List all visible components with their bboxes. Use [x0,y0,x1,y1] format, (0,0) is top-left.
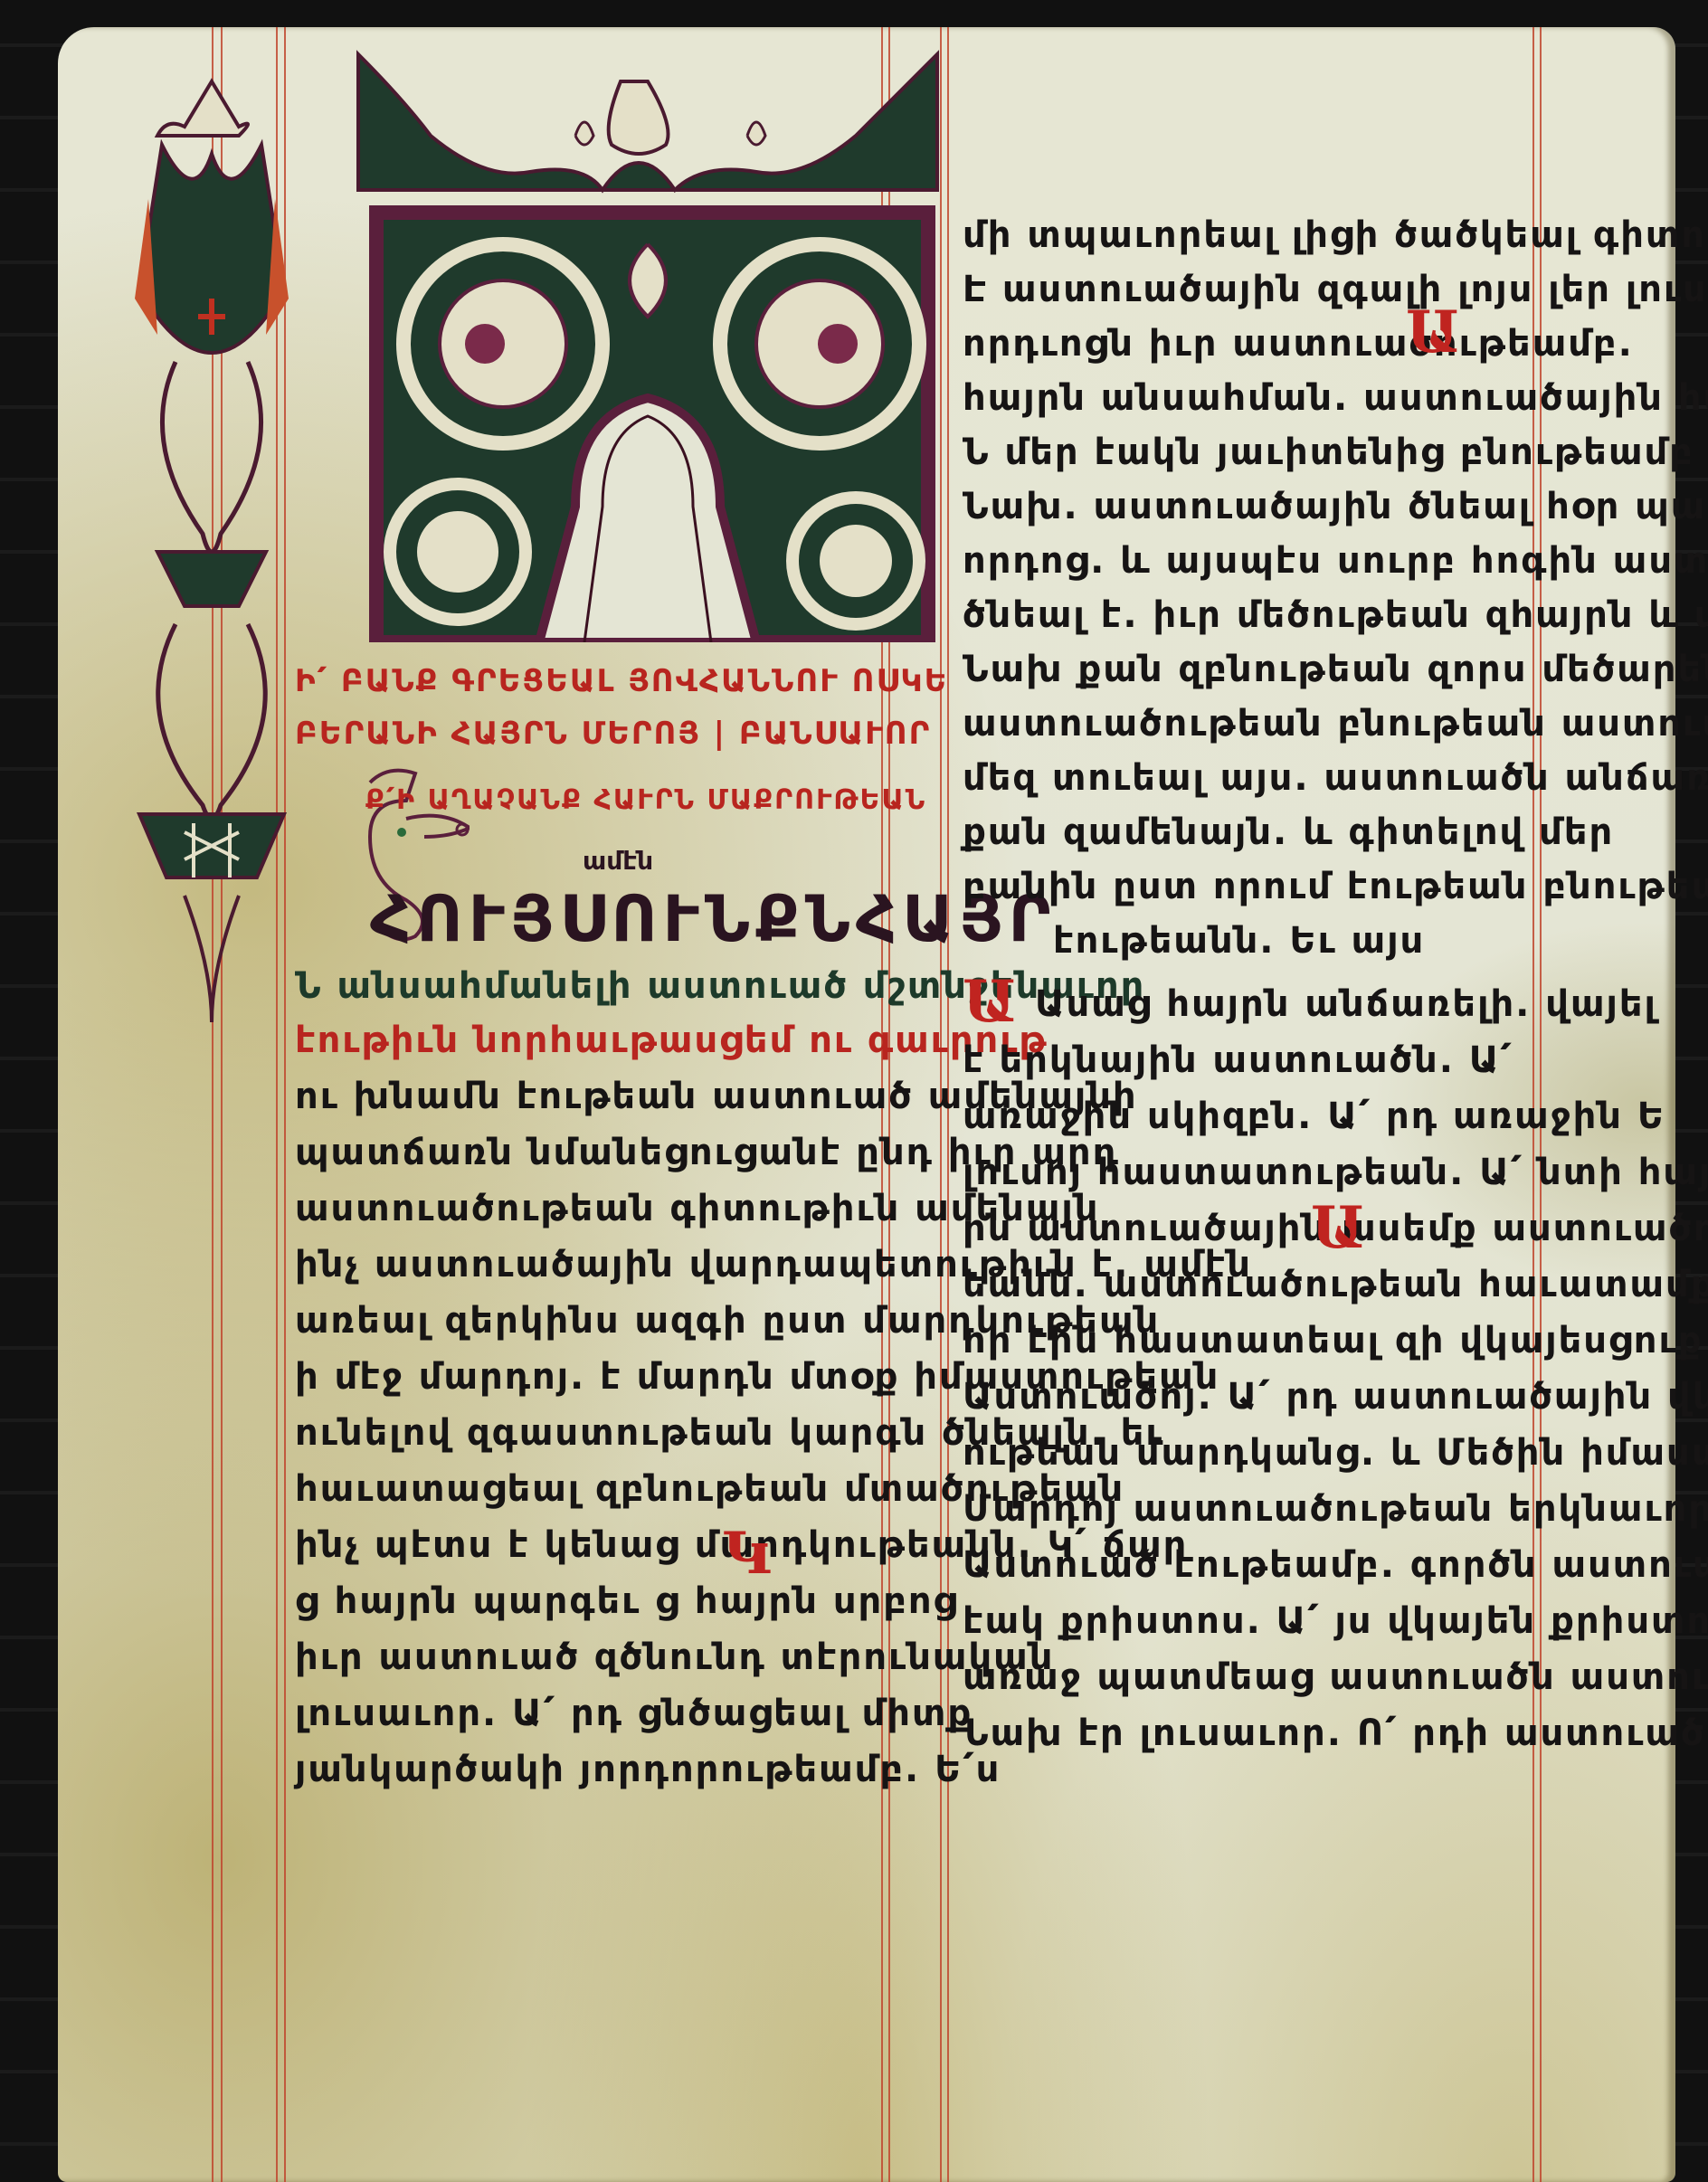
text-line: Նախ. աստուածային ծնեալ հօր պատմեալ [963,489,1708,525]
headpiece-ornament-icon [349,36,942,642]
text-line: որդւոցն իւր աստուածութեամբ. [963,326,1634,362]
small-heading: ամէն [583,846,653,876]
rubric-line: Ք՛Ի ԱՂԱՉԱՆՔ ՀԱՒՐՆ ՄԱՔՐՈՒԹԵԱՆ [365,787,926,814]
marginal-vine-ornament-icon [121,63,302,1058]
text-line-red: էութիւն նորհաւթասցեմ ու գաւրութ [295,1022,1049,1058]
red-initial: Ա [1311,1194,1365,1262]
text-line: որ էին հաստատեալ զի վկայեսցուք [963,1323,1703,1359]
text-line: որդոց. և այսպէս սուրբ հոգին աստուածը [963,543,1708,579]
text-line: աստուածութեան բնութեան աստուածային [963,706,1708,742]
manuscript-page: Ի՛ ԲԱՆՔ ԳՐԵՑԵԱԼ ՅՈՎՀԱՆՆՈՒ ՈՍԿԵ ԲԵՐԱՆԻ ՀԱ… [58,27,1675,2182]
text-line: է երկնային աստուածն. Ա՛ [963,1042,1513,1078]
title-capitals: ՀՈՒՅՍՈՒՆՔՆՀԱՅՐ [370,882,1056,956]
text-line: մի տպաւորեալ լիցի ծածկեալ գիտութեամբ [963,217,1708,253]
text-line: Նախ էր լուսաւոր. Ո՛ րդի աստուած [963,1715,1705,1751]
text-line: Նախ քան զբնութեան զորս մեծարենք [963,651,1708,688]
text-line: բանին ըստ որում էութեան բնութեան [963,868,1708,905]
text-line: յանկարծակի յորդորութեամբ. Ե՛ս [295,1751,1001,1788]
text-line: Աստուած էութեամբ. գործն աստուածոյ [963,1547,1708,1583]
text-line: հայրն անսահման. աստուածային հաւր [963,380,1708,416]
rubric-line: Ի՛ ԲԱՆՔ ԳՐԵՑԵԱԼ ՅՈՎՀԱՆՆՈՒ ՈՍԿԵ [295,666,948,697]
text-line: քան զամենայն. և գիտելով մեր [963,814,1614,850]
text-line: էակ քրիստոս. Ա՛ յս վկայեն քրիստոս [963,1603,1708,1639]
text-line: Աստուածոյ. Ա՛ րդ աստուածային վկայ [963,1379,1708,1415]
text-line: լուսաւոր. Ա՛ րդ ցնծացեալ միտք [295,1695,973,1731]
text-line-green: Ն անսահմանելի աստուած մշտնջենաւոր [295,968,1145,1004]
rubric-line: ԲԵՐԱՆԻ ՀԱՅՐՆ ՄԵՐՈՅ | ԲԱՆՍԱՒՈՐ [295,718,931,749]
text-line: եանն. աստուածութեան հաւատամք [963,1267,1708,1303]
text-line: լուսոյ հաստատութեան. Ա՛ նտի հայ [963,1154,1708,1191]
text-line: ց հայրն պարգեւ ց հայրն սրբոց [295,1583,958,1619]
text-line: առաջ պատմեաց աստուածն աստուածային [963,1659,1708,1695]
text-line: ութեան մարդկանց. և Մեծին իմաստ [963,1435,1708,1471]
red-initial: Ա [963,968,1017,1036]
red-initial: Կ [723,1520,772,1588]
text-line: Մարդոյ աստուածութեան երկնաւորի. [963,1491,1708,1527]
text-line: Ն մեր էակն յաւիտենից բնութեամբ [963,434,1694,470]
text-line: Է աստուածային զգալի լոյս լեր լուսին. և [963,271,1708,308]
red-initial: Ա [1406,299,1460,366]
text-line: առաջին սկիզբն. Ա՛ րդ առաջին Ե [963,1098,1665,1134]
text-line: էութեանն. Եւ այս [1053,923,1425,959]
text-line: Ասաց հայրն անճառելի. վայել [1035,986,1657,1022]
text-line: մեզ տուեալ այս. աստուածն անճառելի [963,760,1708,796]
text-line: ծնեալ է. իւր մեծութեան զհայրն և միայն [963,597,1708,633]
text-line: իւր աստուած զծնունդ տէրունական [295,1639,1054,1675]
